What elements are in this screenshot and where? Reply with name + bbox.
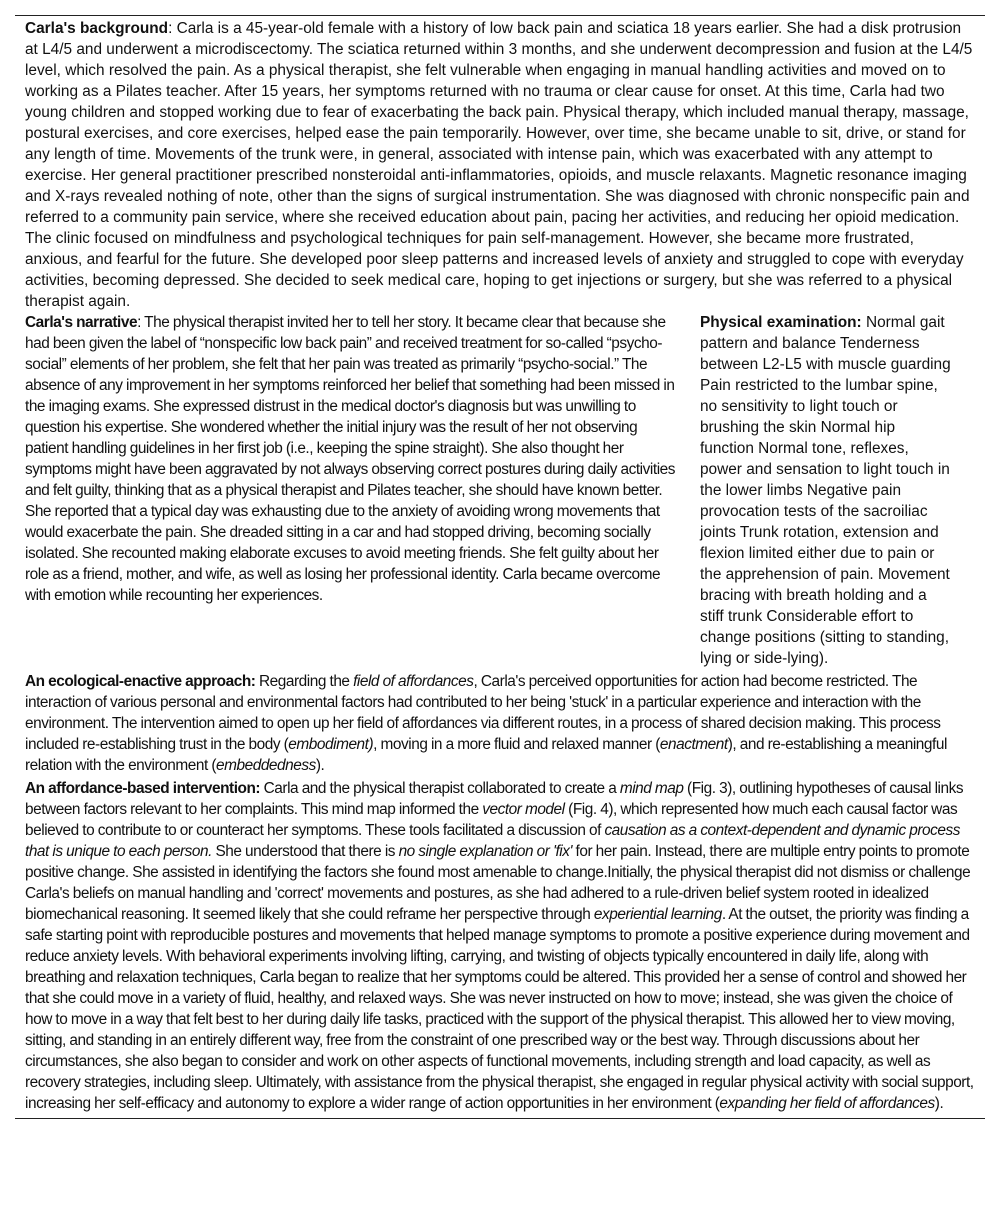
narrative-section: Carla's narrative: The physical therapis… bbox=[15, 312, 675, 669]
intervention-emphasis: expanding her field of affordances bbox=[719, 1095, 934, 1112]
ecological-emphasis: field of affordances bbox=[353, 673, 473, 690]
intervention-emphasis: no single explanation or 'fix' bbox=[399, 843, 572, 860]
intervention-section: An affordance-based intervention: Carla … bbox=[15, 778, 985, 1114]
ecological-emphasis: embeddedness bbox=[216, 757, 316, 774]
examination-section: Physical examination: Normal gait patter… bbox=[700, 312, 962, 669]
background-heading: Carla's background bbox=[25, 20, 168, 37]
intervention-heading: An affordance-based intervention: bbox=[25, 780, 260, 797]
intervention-emphasis: experiential learning bbox=[594, 906, 722, 923]
intervention-text: . At the outset, the priority was findin… bbox=[25, 906, 974, 1112]
narrative-exam-row: Carla's narrative: The physical therapis… bbox=[15, 312, 985, 669]
intervention-text: Carla and the physical therapist collabo… bbox=[260, 780, 620, 797]
intervention-text: ). bbox=[935, 1095, 944, 1112]
ecological-heading: An ecological-enactive approach: bbox=[25, 673, 255, 690]
background-section: Carla's background: Carla is a 45-year-o… bbox=[15, 18, 985, 312]
intervention-text: She understood that there is bbox=[212, 843, 399, 860]
narrative-heading: Carla's narrative bbox=[25, 314, 137, 331]
ecological-approach-section: An ecological-enactive approach: Regardi… bbox=[15, 671, 985, 776]
ecological-emphasis: embodiment) bbox=[288, 736, 373, 753]
case-study-table: Carla's background: Carla is a 45-year-o… bbox=[15, 15, 985, 1119]
ecological-emphasis: enactment bbox=[660, 736, 728, 753]
examination-heading: Physical examination: bbox=[700, 314, 862, 331]
narrative-text: : The physical therapist invited her to … bbox=[25, 314, 675, 604]
examination-text: Normal gait pattern and balance Tenderne… bbox=[700, 314, 951, 667]
intervention-emphasis: vector model bbox=[482, 801, 564, 818]
ecological-text: , moving in a more fluid and relaxed man… bbox=[373, 736, 660, 753]
background-text: : Carla is a 45-year-old female with a h… bbox=[25, 20, 972, 310]
ecological-text: Regarding the bbox=[255, 673, 353, 690]
intervention-emphasis: mind map bbox=[620, 780, 684, 797]
ecological-text: ). bbox=[316, 757, 325, 774]
